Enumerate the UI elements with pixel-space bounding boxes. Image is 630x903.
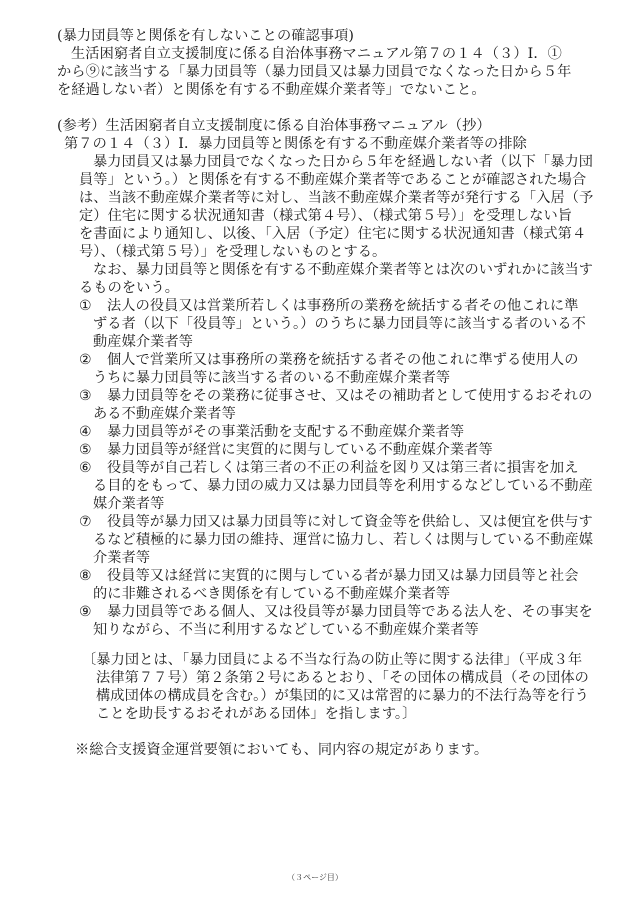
body-line: を書面により通知し、以後、「入居（予定）住宅に関する状況通知書（様式第４	[79, 225, 586, 243]
item-line: 暴力団員等がその事業活動を支配する不動産媒介業者等	[107, 423, 464, 441]
item-line: 介業者等	[93, 549, 150, 567]
item-marker: ③	[79, 387, 92, 405]
item-line: ある不動産媒介業者等	[93, 405, 236, 423]
item-marker: ①	[79, 297, 92, 315]
reference-title: (参考）生活困窮者自立支援制度に係る自治体事務マニュアル（抄）	[57, 117, 491, 135]
item-marker: ⑤	[79, 441, 92, 459]
body-line: は、当該不動産媒介業者等に対し、当該不動産媒介業者等が発行する「入居（予	[79, 189, 593, 207]
intro-line: を経過しない者）と関係を有する不動産媒介業者等」でないこと。	[57, 81, 486, 99]
section-title: 第７の１４（３）Ⅰ．暴力団員等と関係を有する不動産媒介業者等の排除	[64, 135, 527, 153]
item-line: 役員等又は経営に実質的に関与している者が暴力団又は暴力団員等と社会	[107, 567, 579, 585]
item-line: 動産媒介業者等	[93, 333, 193, 351]
definition-line: ことを助長するおそれがある団体」を指します。〕	[96, 705, 416, 723]
item-line: 法人の役員又は営業所若しくは事務所の業務を統括する者その他これに準	[107, 297, 579, 315]
item-marker: ⑨	[79, 603, 92, 621]
body-line: 暴力団員又は暴力団員でなくなった日から５年を経過しない者（以下「暴力団	[93, 153, 593, 171]
item-marker: ⑧	[79, 567, 92, 585]
page-number: （３ページ目）	[0, 872, 630, 884]
item-line: 個人で営業所又は事務所の業務を統括する者その他これに準ずる使用人の	[107, 351, 579, 369]
body-line: 号）、（様式第５号）」を受理しないものとする。	[79, 243, 386, 261]
item-line: 知りながら、不当に利用するなどしている不動産媒介業者等	[93, 621, 479, 639]
item-line: うちに暴力団員等に該当する者のいる不動産媒介業者等	[93, 369, 450, 387]
intro-line: から⑨に該当する「暴力団員等（暴力団員又は暴力団員でなくなった日から５年	[57, 63, 571, 81]
item-marker: ⑥	[79, 459, 92, 477]
definition-line: 法律第７７号）第２条第２号にあるとおり、「その団体の構成員（その団体の	[96, 669, 589, 687]
item-line: 役員等が暴力団又は暴力団員等に対して資金等を供給し、又は便宜を供与す	[107, 513, 593, 531]
confirmation-heading: (暴力団員等と関係を有しないことの確認事項)	[57, 27, 354, 45]
item-line: 暴力団員等をその業務に従事させ、又はその補助者として使用するおそれの	[107, 387, 592, 405]
definition-line: 構成団体の構成員を含む。）が集団的に又は常習的に暴力的不法行為等を行う	[96, 687, 589, 705]
item-line: 的に非難されるべき関係を有している不動産媒介業者等	[93, 585, 450, 603]
body-line: 員等」という。）と関係を有する不動産媒介業者等であることが確認された場合	[79, 171, 586, 189]
item-line: 役員等が自己若しくは第三者の不正の利益を図り又は第三者に損害を加え	[107, 459, 579, 477]
note: ※総合支援資金運営要領においても、同内容の規定があります。	[75, 741, 488, 759]
item-line: るなど積極的に暴力団の維持、運営に協力し、若しくは関与している不動産媒	[93, 531, 593, 549]
document-page: (暴力団員等と関係を有しないことの確認事項) 生活困窮者自立支援制度に係る自治体…	[0, 0, 630, 903]
body-line: 定）住宅に関する状況通知書（様式第４号）、（様式第５号）」を受理しない旨	[79, 207, 572, 225]
body-line: なお、暴力団員等と関係を有する不動産媒介業者等とは次のいずれかに該当す	[93, 261, 593, 279]
item-marker: ④	[79, 423, 92, 441]
item-marker: ⑦	[79, 513, 92, 531]
item-line: 媒介業者等	[93, 495, 164, 513]
body-line: るものをいう。	[79, 279, 179, 297]
intro-line: 生活困窮者自立支援制度に係る自治体事務マニュアル第７の１４（３）Ⅰ．①	[71, 45, 562, 63]
item-line: ずる者（以下「役員等」という。）のうちに暴力団員等に該当する者のいる不	[93, 315, 586, 333]
item-line: 暴力団員等が経営に実質的に関与している不動産媒介業者等	[107, 441, 493, 459]
item-line: る目的をもって、暴力団の威力又は暴力団員等を利用するなどしている不動産	[93, 477, 593, 495]
definition-line: 〔暴力団とは、「暴力団員による不当な行為の防止等に関する法律」（平成３年	[82, 651, 582, 669]
item-line: 暴力団員等である個人、又は役員等が暴力団員等である法人を、その事実を	[107, 603, 593, 621]
item-marker: ②	[79, 351, 92, 369]
